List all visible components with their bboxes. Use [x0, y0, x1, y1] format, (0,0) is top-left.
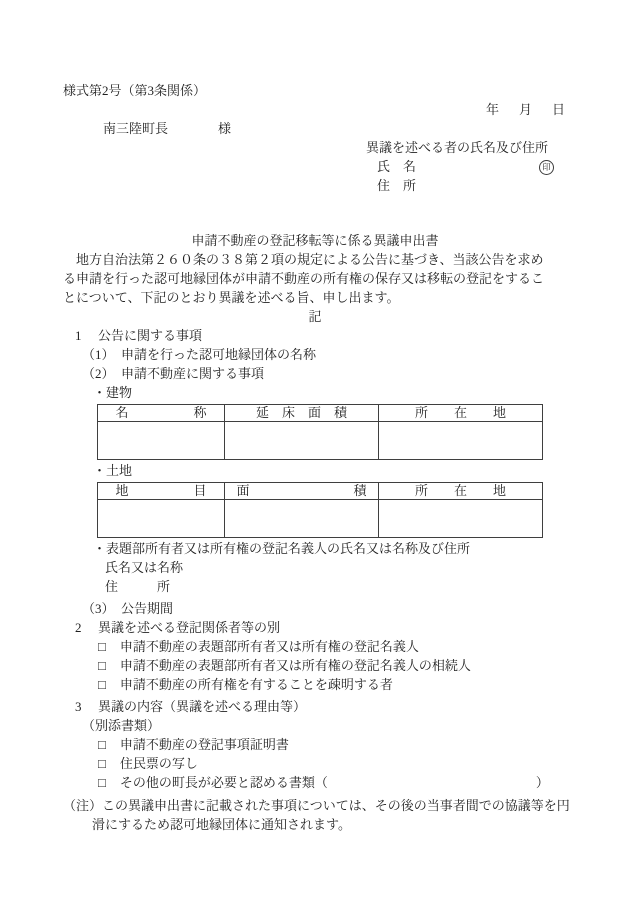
seal-mark-icon: 印 [539, 160, 554, 175]
item-1-1: （1） 申請を行った認可地縁団体の名称 [63, 345, 567, 364]
checkbox-icon: □ [98, 737, 106, 752]
item-1-3: （3） 公告期間 [63, 599, 567, 618]
section-1-heading: 公告に関する事項 [98, 328, 202, 343]
address-label: 住 所 [377, 178, 416, 193]
declarant-address-line: 住 所 [63, 176, 567, 195]
date-month-label: 月 [519, 102, 532, 117]
section-3-number: 3 [75, 697, 98, 716]
addressee-honorific: 様 [218, 121, 231, 136]
relation-option-heir: □申請不動産の表題部所有者又は所有権の登記名義人の相続人 [63, 656, 567, 675]
section-3-heading: 異議の内容（異議を述べる理由等） [98, 699, 306, 714]
relation-option-heir-label: 申請不動産の表題部所有者又は所有権の登記名義人の相続人 [120, 658, 471, 673]
checkbox-icon: □ [98, 756, 106, 771]
document-page: 様式第2号（第3条関係） 年月日 南三陸町長様 異議を述べる者の氏名及び住所 氏… [0, 0, 630, 903]
section-1-heading-line: 1公告に関する事項 [63, 326, 567, 345]
land-table: 地 目 面 積 所 在 地 [97, 482, 543, 538]
body-paragraph: 地方自治法第２６０条の３８第２項の規定による公告に基づき、当該公告を求める申請を… [63, 250, 553, 307]
date-year-label: 年 [486, 102, 499, 117]
building-col-name: 名 称 [98, 405, 225, 422]
relation-option-claimant-label: 申請不動産の所有権を有することを疎明する者 [120, 677, 393, 692]
date-day-label: 日 [552, 102, 565, 117]
section-1-number: 1 [75, 326, 98, 345]
attachment-certificate: □申請不動産の登記事項証明書 [63, 735, 567, 754]
section-2-heading-line: 2異議を述べる登記関係者等の別 [63, 618, 567, 637]
land-col-area: 面 積 [225, 483, 379, 500]
relation-option-claimant: □申請不動産の所有権を有することを疎明する者 [63, 675, 567, 694]
relation-option-owner-label: 申請不動産の表題部所有者又は所有権の登記名義人 [120, 639, 419, 654]
owner-address-label: 住 所 [63, 577, 567, 596]
section-2-heading: 異議を述べる登記関係者等の別 [98, 620, 280, 635]
building-table-row [98, 422, 543, 460]
attachment-residence-record-label: 住民票の写し [120, 756, 198, 771]
date-line: 年月日 [63, 100, 567, 119]
land-table-row [98, 500, 543, 538]
document-title: 申請不動産の登記移転等に係る異議申出書 [63, 231, 567, 250]
land-table-header-row: 地 目 面 積 所 在 地 [98, 483, 543, 500]
addressee-line: 南三陸町長様 [63, 119, 567, 138]
section-3-heading-line: 3異議の内容（異議を述べる理由等） [63, 697, 567, 716]
attachment-residence-record: □住民票の写し [63, 754, 567, 773]
section-2-number: 2 [75, 618, 98, 637]
item-1-2: （2） 申請不動産に関する事項 [63, 364, 567, 383]
owner-label: ・表題部所有者又は所有権の登記名義人の氏名又は名称及び住所 [63, 539, 567, 558]
form-number: 様式第2号（第3条関係） [63, 81, 567, 100]
record-mark: 記 [63, 307, 567, 326]
land-col-category: 地 目 [98, 483, 225, 500]
building-label: ・建物 [63, 383, 567, 402]
building-col-location: 所 在 地 [379, 405, 543, 422]
attachment-other-label: その他の町長が必要と認める書類（ ） [120, 775, 549, 790]
declarant-heading: 異議を述べる者の氏名及び住所 [63, 138, 567, 157]
declarant-name-line: 氏 名印 [63, 157, 567, 176]
building-table-header-row: 名 称 延 床 面 積 所 在 地 [98, 405, 543, 422]
land-col-location: 所 在 地 [379, 483, 543, 500]
checkbox-icon: □ [98, 775, 106, 790]
attachments-heading: （別添書類） [63, 716, 567, 735]
document-content: 様式第2号（第3条関係） 年月日 南三陸町長様 異議を述べる者の氏名及び住所 氏… [0, 0, 630, 834]
checkbox-icon: □ [98, 658, 106, 673]
building-cell-floor-area [225, 422, 379, 460]
attachment-certificate-label: 申請不動産の登記事項証明書 [120, 737, 289, 752]
land-cell-location [379, 500, 543, 538]
building-table: 名 称 延 床 面 積 所 在 地 [97, 404, 543, 460]
land-cell-category [98, 500, 225, 538]
building-cell-location [379, 422, 543, 460]
name-label: 氏 名 [377, 159, 416, 174]
checkbox-icon: □ [98, 639, 106, 654]
land-label: ・土地 [63, 461, 567, 480]
building-cell-name [98, 422, 225, 460]
land-cell-area [225, 500, 379, 538]
footnote: （注）この異議申出書に記載された事項については、その後の当事者間での協議等を円滑… [63, 796, 582, 834]
attachment-other: □その他の町長が必要と認める書類（ ） [63, 773, 567, 792]
owner-name-label: 氏名又は名称 [63, 558, 567, 577]
relation-option-owner: □申請不動産の表題部所有者又は所有権の登記名義人 [63, 637, 567, 656]
checkbox-icon: □ [98, 677, 106, 692]
building-col-floor-area: 延 床 面 積 [225, 405, 379, 422]
addressee: 南三陸町長 [103, 121, 168, 136]
